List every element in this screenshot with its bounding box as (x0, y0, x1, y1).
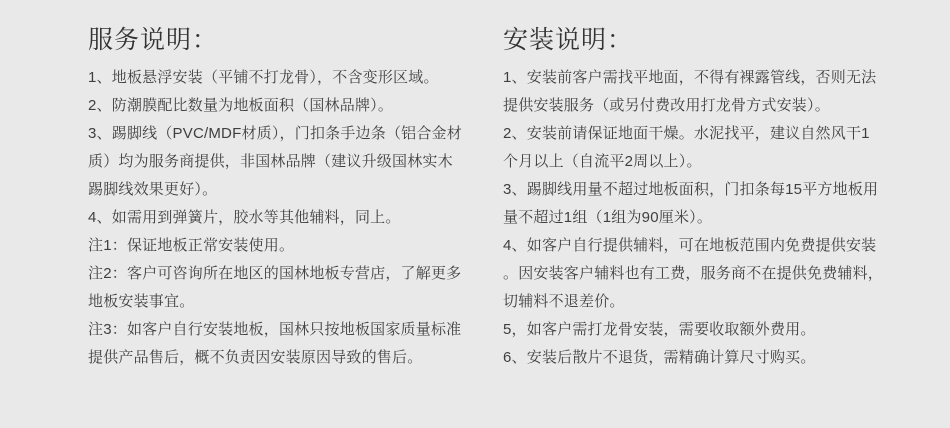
note-item: 3、踢脚线（PVC/MDF材质），门扣条手边条（铝合金材质）均为服务商提供，非国… (88, 120, 466, 204)
install-notes-body: 1、安装前客户需找平地面，不得有裸露管线，否则无法提供安装服务（或另付费改用打龙… (503, 64, 881, 372)
note-item: 1、地板悬浮安装（平铺不打龙骨），不含变形区域。 (88, 64, 466, 92)
service-notes-title: 服务说明： (88, 26, 466, 54)
note-item: 注2：客户可咨询所在地区的国林地板专营店，了解更多地板安装事宜。 (88, 260, 466, 316)
install-notes-section: 安装说明： 1、安装前客户需找平地面，不得有裸露管线，否则无法提供安装服务（或另… (503, 26, 881, 372)
note-item: 1、安装前客户需找平地面，不得有裸露管线，否则无法提供安装服务（或另付费改用打龙… (503, 64, 881, 120)
service-notes-section: 服务说明： 1、地板悬浮安装（平铺不打龙骨），不含变形区域。 2、防潮膜配比数量… (88, 26, 466, 372)
service-install-notes-panel: 服务说明： 1、地板悬浮安装（平铺不打龙骨），不含变形区域。 2、防潮膜配比数量… (0, 0, 950, 428)
note-item: 3、踢脚线用量不超过地板面积，门扣条每15平方地板用量不超过1组（1组为90厘米… (503, 176, 881, 232)
note-item: 注1：保证地板正常安装使用。 (88, 232, 466, 260)
install-notes-title: 安装说明： (503, 26, 881, 54)
note-item: 6、安装后散片不退货，需精确计算尺寸购买。 (503, 344, 881, 372)
note-item: 4、如需用到弹簧片，胶水等其他辅料，同上。 (88, 204, 466, 232)
note-item: 注3：如客户自行安装地板，国林只按地板国家质量标准提供产品售后，概不负责因安装原… (88, 316, 466, 372)
note-item: 2、安装前请保证地面干燥。水泥找平，建议自然风干1个月以上（自流平2周以上）。 (503, 120, 881, 176)
service-notes-body: 1、地板悬浮安装（平铺不打龙骨），不含变形区域。 2、防潮膜配比数量为地板面积（… (88, 64, 466, 372)
note-item: 5，如客户需打龙骨安装，需要收取额外费用。 (503, 316, 881, 344)
note-item: 4、如客户自行提供辅料，可在地板范围内免费提供安装。因安装客户辅料也有工费，服务… (503, 232, 881, 316)
note-item: 2、防潮膜配比数量为地板面积（国林品牌）。 (88, 92, 466, 120)
